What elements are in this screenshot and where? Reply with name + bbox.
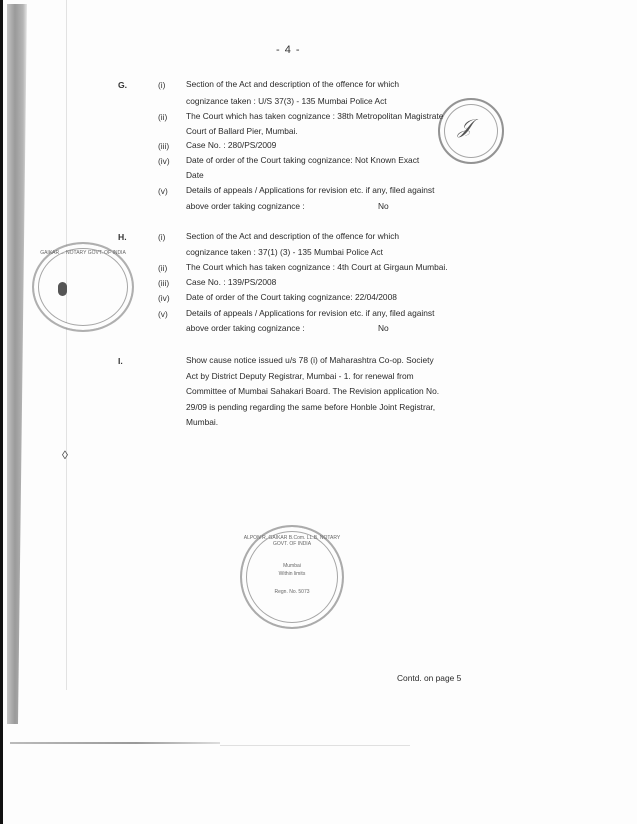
stamp-ring-text: GAIKAR ... NOTARY GOVT. OF INDIA (34, 250, 132, 256)
item-num: (iv) (158, 156, 170, 166)
fold-line (66, 0, 67, 690)
stamp-line-1: Mumbai (242, 563, 342, 569)
seal-stamp-left: GAIKAR ... NOTARY GOVT. OF INDIA (32, 242, 134, 332)
item-text: Date of order of the Court taking cogniz… (186, 292, 397, 302)
item-text: cognizance taken : U/S 37(3) - 135 Mumba… (186, 96, 387, 106)
item-text: Date of order of the Court taking cogniz… (186, 155, 419, 165)
seal-stamp-top-right: 𝒥 (438, 98, 504, 164)
signature-icon: 𝒥 (458, 114, 472, 138)
notary-stamp: ALPON R. GAIKAR B.Com. LL.B. NOTARY GOVT… (240, 525, 344, 629)
item-text: The Court which has taken cognizance : 3… (186, 111, 443, 121)
item-num: (iii) (158, 278, 169, 288)
scan-shadow-strip (7, 4, 27, 724)
item-num: (ii) (158, 263, 167, 273)
stamp-ring-text: ALPON R. GAIKAR B.Com. LL.B. NOTARY GOVT… (242, 535, 342, 547)
bottom-rule (10, 742, 220, 744)
item-text: Details of appeals / Applications for re… (186, 185, 434, 195)
item-num: (i) (158, 80, 165, 90)
punch-hole (58, 282, 67, 296)
item-text: Date (186, 170, 204, 180)
item-num: (v) (158, 309, 168, 319)
item-num: (ii) (158, 112, 167, 122)
item-text: Court of Ballard Pier, Mumbai. (186, 126, 298, 136)
item-num: (v) (158, 186, 168, 196)
stamp-line-3: Regn. No. 5073 (242, 589, 342, 595)
item-num: (iii) (158, 141, 169, 151)
item-text: above order taking cognizance : (186, 323, 305, 333)
clip-mark-icon: ◊ (62, 448, 68, 462)
page-number: - 4 - (276, 44, 301, 56)
section-letter-h: H. (118, 232, 127, 242)
item-text: Case No. : 280/PS/2009 (186, 140, 276, 150)
stamp-line-2: Within limits (242, 571, 342, 577)
paragraph-line: Act by District Deputy Registrar, Mumbai… (186, 371, 414, 381)
item-text: Case No. : 139/PS/2008 (186, 277, 276, 287)
scan-binding-edge (0, 0, 3, 824)
section-letter-i: I. (118, 356, 123, 366)
section-letter-g: G. (118, 80, 127, 90)
paragraph-line: Mumbai. (186, 417, 218, 427)
item-text: Section of the Act and description of th… (186, 231, 399, 241)
item-text: cognizance taken : 37(1) (3) - 135 Mumba… (186, 247, 383, 257)
item-answer: No (378, 323, 389, 333)
item-text: Details of appeals / Applications for re… (186, 308, 434, 318)
item-text: above order taking cognizance : (186, 201, 305, 211)
paragraph-line: Committee of Mumbai Sahakari Board. The … (186, 386, 439, 396)
item-num: (iv) (158, 293, 170, 303)
item-text: Section of the Act and description of th… (186, 79, 399, 89)
bottom-rule-faint (220, 745, 410, 746)
continuation-note: Contd. on page 5 (397, 673, 461, 683)
paragraph-line: Show cause notice issued u/s 78 (i) of M… (186, 355, 434, 365)
paragraph-line: 29/09 is pending regarding the same befo… (186, 402, 435, 412)
item-text: The Court which has taken cognizance : 4… (186, 262, 448, 272)
item-answer: No (378, 201, 389, 211)
item-num: (i) (158, 232, 165, 242)
